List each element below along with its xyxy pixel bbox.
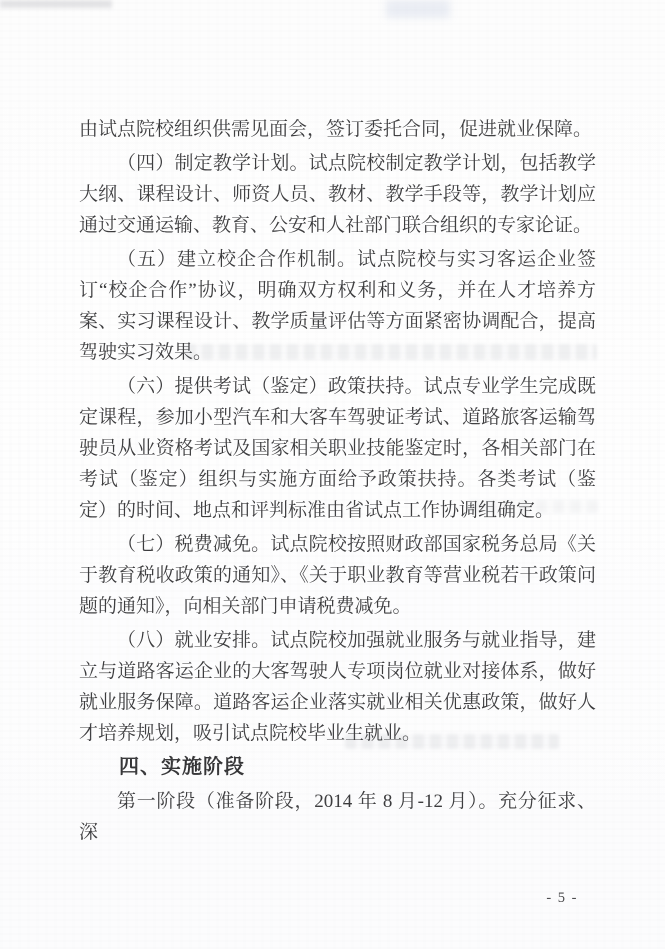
paragraph: （八）就业安排。试点院校加强就业服务与就业指导，建立与道路客运企业的大客驾驶人专… xyxy=(79,625,596,749)
paragraph: （六）提供考试（鉴定）政策扶持。试点专业学生完成既定课程，参加小型汽车和大客车驾… xyxy=(79,371,596,526)
section-heading: 四、实施阶段 xyxy=(79,752,596,783)
page-number: - 5 - xyxy=(546,890,578,907)
scan-artifact xyxy=(386,0,450,18)
paragraph: 由试点院校组织供需见面会，签订委托合同，促进就业保障。 xyxy=(79,114,596,145)
scan-artifact xyxy=(0,0,112,8)
scanned-document-page: 由试点院校组织供需见面会，签订委托合同，促进就业保障。（四）制定教学计划。试点院… xyxy=(0,0,665,949)
paragraph: （五）建立校企合作机制。试点院校与实习客运企业签订“校企合作”协议，明确双方权利… xyxy=(79,244,596,368)
paragraph: 第一阶段（准备阶段，2014 年 8 月-12 月）。充分征求、深 xyxy=(79,786,596,848)
paragraph: （四）制定教学计划。试点院校制定教学计划，包括教学大纲、课程设计、师资人员、教材… xyxy=(79,148,596,241)
paragraph: （七）税费减免。试点院校按照财政部国家税务总局《关于教育税收政策的通知》、《关于… xyxy=(79,529,596,622)
document-body: 由试点院校组织供需见面会，签订委托合同，促进就业保障。（四）制定教学计划。试点院… xyxy=(79,114,596,848)
